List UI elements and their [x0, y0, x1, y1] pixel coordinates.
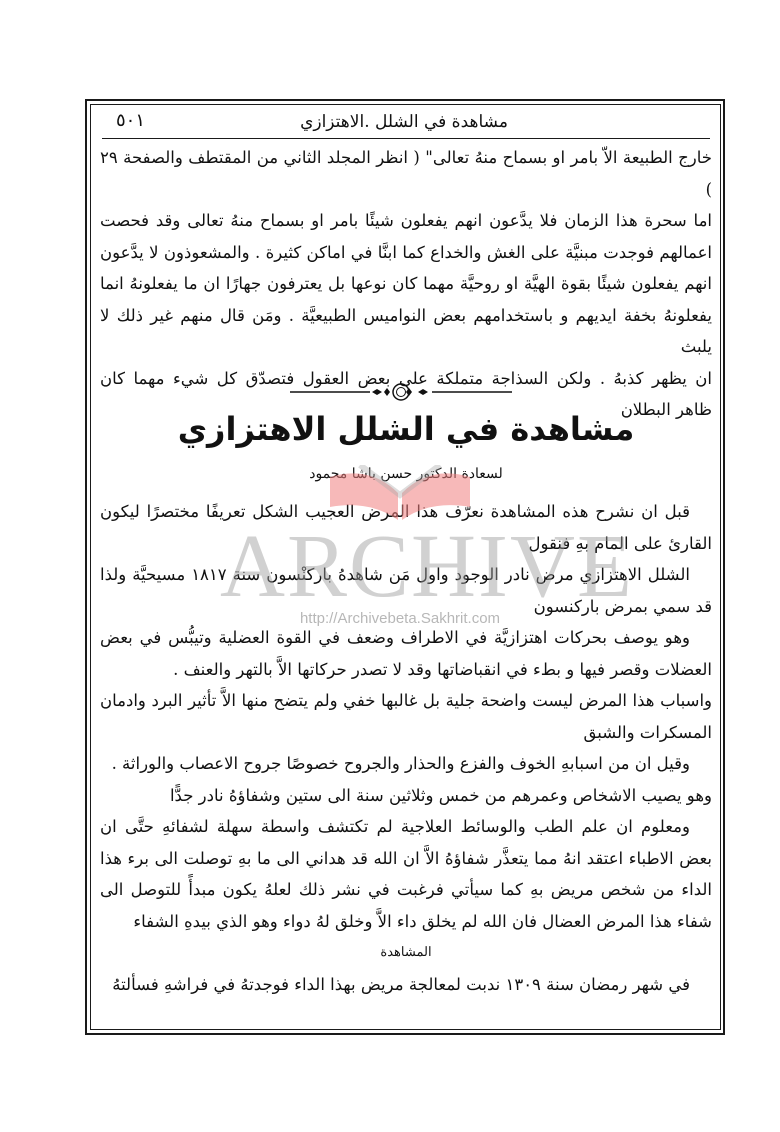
paragraph: واسباب هذا المرض ليست واضحة جلية بل غالب…: [100, 685, 712, 748]
paragraph: وهو يوصف بحركات اهتزازيَّة في الاطراف وض…: [100, 622, 712, 685]
page-number: ٥٠١: [116, 110, 145, 131]
header-rule: [102, 138, 710, 139]
paragraph: وهو يصيب الاشخاص وعمرهم من خمس وثلاثين س…: [100, 780, 712, 812]
ornamental-divider-icon: [290, 382, 512, 402]
article-byline: لسعادة الدكتور حسن باشا محمود: [100, 466, 712, 482]
article-title: مشاهدة في الشلل الاهتزازي: [100, 410, 712, 448]
paragraph: في شهر رمضان سنة ١٣٠٩ ندبت لمعالجة مريض …: [100, 969, 712, 1001]
text-line: اعمالهم فوجدت مبنيَّة على الغش والخداع ك…: [100, 237, 712, 269]
article-body: قبل ان نشرح هذه المشاهدة نعرّف هذا المرض…: [100, 496, 712, 1000]
text-line: يفعلونهُ بخفة ايديهم و باستخدامهم بعض ال…: [100, 300, 712, 363]
paragraph: وقيل ان من اسبابهِ الخوف والفزع والحذار …: [100, 748, 712, 780]
paragraph: قبل ان نشرح هذه المشاهدة نعرّف هذا المرض…: [100, 496, 712, 559]
text-line: اما سحرة هذا الزمان فلا يدَّعون انهم يفع…: [100, 205, 712, 237]
section-heading: المشاهدة: [100, 937, 712, 969]
paragraph: الشلل الاهتزازي مرض نادر الوجود واول مَن…: [100, 559, 712, 622]
page-header: مشاهدة في الشلل .الاهتزازي ٥٠١: [98, 108, 710, 136]
text-line: انهم يفعلون شيئًا بقوة الهيَّة او روحيَّ…: [100, 268, 712, 300]
running-title: مشاهدة في الشلل .الاهتزازي: [98, 112, 710, 132]
text-line: خارج الطبيعة الاّ بامر او بسماح منهُ تعا…: [100, 142, 712, 205]
paragraph: ومعلوم ان علم الطب والوسائط العلاجية لم …: [100, 811, 712, 937]
